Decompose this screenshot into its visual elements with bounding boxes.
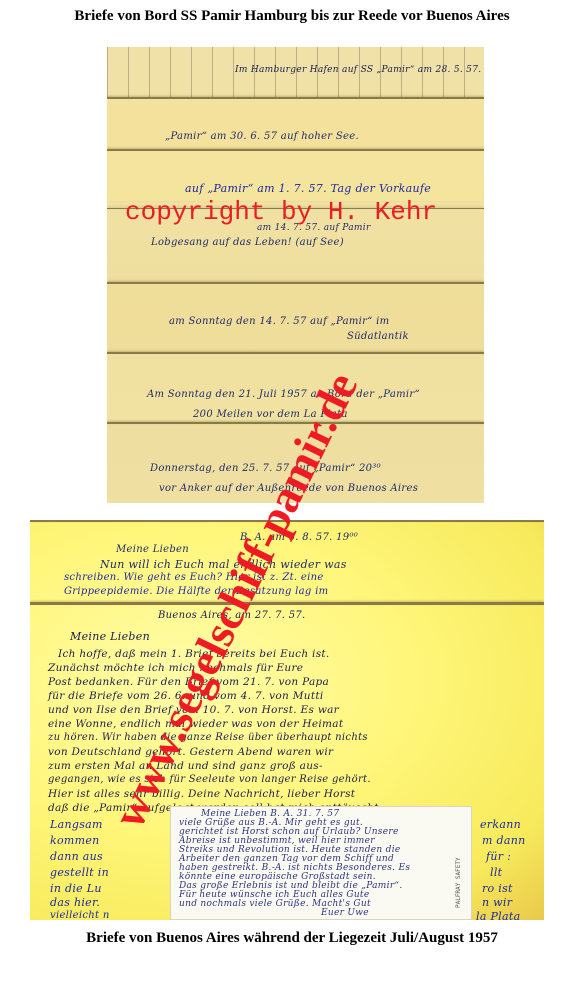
handwriting-line: Südatlantik xyxy=(347,331,409,342)
note-stamp-text: PALFRAY SAFETY xyxy=(455,813,465,908)
handwriting-line: Hier ist alles sehr billig. Deine Nachri… xyxy=(48,788,355,800)
bottom-caption: Briefe von Buenos Aires während der Lieg… xyxy=(0,930,584,947)
handwriting-line: erkann xyxy=(480,818,521,831)
letter-strip xyxy=(107,97,484,151)
small-note-card: Meine Lieben B. A. 31. 7. 57 viele Grüße… xyxy=(170,806,472,920)
handwriting-line: das hier. xyxy=(50,896,100,909)
note-line: Euer Uwe xyxy=(321,908,369,918)
handwriting-line: Meine Lieben xyxy=(70,630,150,643)
handwriting-line: Donnerstag, den 25. 7. 57 auf „Pamir“ 20… xyxy=(150,463,381,474)
handwriting-line: Am Sonntag den 21. Juli 1957 an Bord der… xyxy=(147,389,420,400)
handwriting-line: m dann xyxy=(482,834,526,847)
handwriting-line: für : xyxy=(486,850,511,863)
letter-fold xyxy=(30,602,544,605)
handwriting-line: la Plata xyxy=(476,910,520,920)
top-caption: Briefe von Bord SS Pamir Hamburg bis zur… xyxy=(0,8,584,25)
handwriting-line: zu hören. Wir haben die ganze Reise über… xyxy=(48,732,368,743)
handwriting-line: auf „Pamir“ am 1. 7. 57. Tag der Vorkauf… xyxy=(185,182,431,195)
handwriting-line: llt xyxy=(490,866,502,879)
handwriting-line: gegangen, wie es sich für Seeleute von l… xyxy=(48,774,371,785)
handwriting-line: schreiben. Wie geht es Euch? Hier ist z.… xyxy=(64,572,324,583)
handwriting-line: Im Hamburger Hafen auf SS „Pamir“ am 28.… xyxy=(235,65,484,75)
handwriting-line: am Sonntag den 14. 7. 57 auf „Pamir“ im xyxy=(169,316,389,327)
handwriting-line: ro ist xyxy=(482,882,513,895)
handwriting-line: gestellt in xyxy=(50,866,109,879)
handwriting-line: „Pamir“ am 30. 6. 57 auf hoher See. xyxy=(165,131,359,142)
handwriting-line: n wir xyxy=(482,896,512,909)
bottom-letters-photo: B. A. am 6. 8. 57. 19⁰⁰ Meine Lieben Nun… xyxy=(30,520,544,920)
handwriting-line: Lobgesang auf das Leben! (auf See) xyxy=(151,237,344,248)
handwriting-line: Meine Lieben xyxy=(116,544,189,555)
handwriting-line: dann aus xyxy=(50,850,103,863)
copyright-watermark: copyright by H. Kehr xyxy=(125,197,485,227)
handwriting-line: Langsam xyxy=(50,818,103,831)
handwriting-line: kommen xyxy=(50,834,100,847)
handwriting-line: in die Lu xyxy=(50,882,102,895)
handwriting-line: vielleicht n xyxy=(50,910,110,920)
handwriting-line: Grippeepidemie. Die Hälfte der Besatzung… xyxy=(64,586,328,597)
